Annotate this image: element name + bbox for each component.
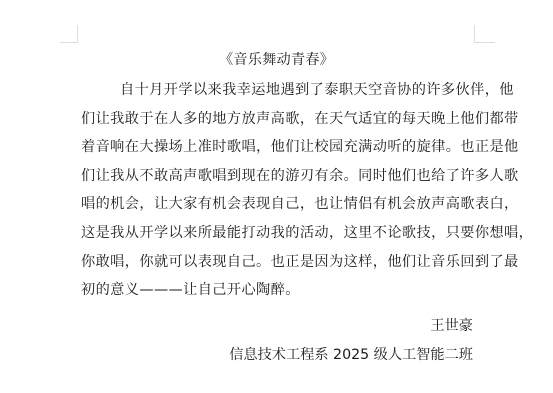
document-title: 《音乐舞动青春》	[0, 50, 553, 70]
paragraph-line: 唱的机会，让大家有机会表现自己，也让情侣有机会放声高歌表白，	[81, 190, 473, 219]
author-name: 王世豪	[430, 316, 473, 336]
document-page: 《音乐舞动青春》 自十月开学以来我幸运地遇到了泰职天空音协的许多伙伴，他 们让我…	[0, 0, 553, 393]
paragraph-line: 这是我从开学以来所最能打动我的活动，这里不论歌技，只要你想唱，	[81, 219, 473, 248]
paragraph-line: 们让我敢于在人多的地方放声高歌，在天气适宜的每天晚上他们都带	[81, 105, 473, 134]
paragraph-line: 们让我从不敢高声歌唱到现在的游刃有余。同时他们也给了许多人歌	[81, 162, 473, 191]
essay-paragraph: 自十月开学以来我幸运地遇到了泰职天空音协的许多伙伴，他 们让我敢于在人多的地方放…	[81, 76, 473, 305]
paragraph-line: 自十月开学以来我幸运地遇到了泰职天空音协的许多伙伴，他	[81, 76, 473, 105]
paragraph-line: 你敢唱，你就可以表现自己。也正是因为这样，他们让音乐回到了最	[81, 248, 473, 277]
paragraph-line: 初的意义———让自己开心陶醉。	[81, 276, 473, 305]
paragraph-line: 着音响在大操场上准时歌唱，他们让校园充满动听的旋律。也正是他	[81, 133, 473, 162]
margin-corner-mark-top-right	[474, 25, 495, 43]
margin-corner-mark-top-left	[60, 25, 78, 43]
author-affiliation: 信息技术工程系 2025 级人工智能二班	[229, 345, 473, 365]
